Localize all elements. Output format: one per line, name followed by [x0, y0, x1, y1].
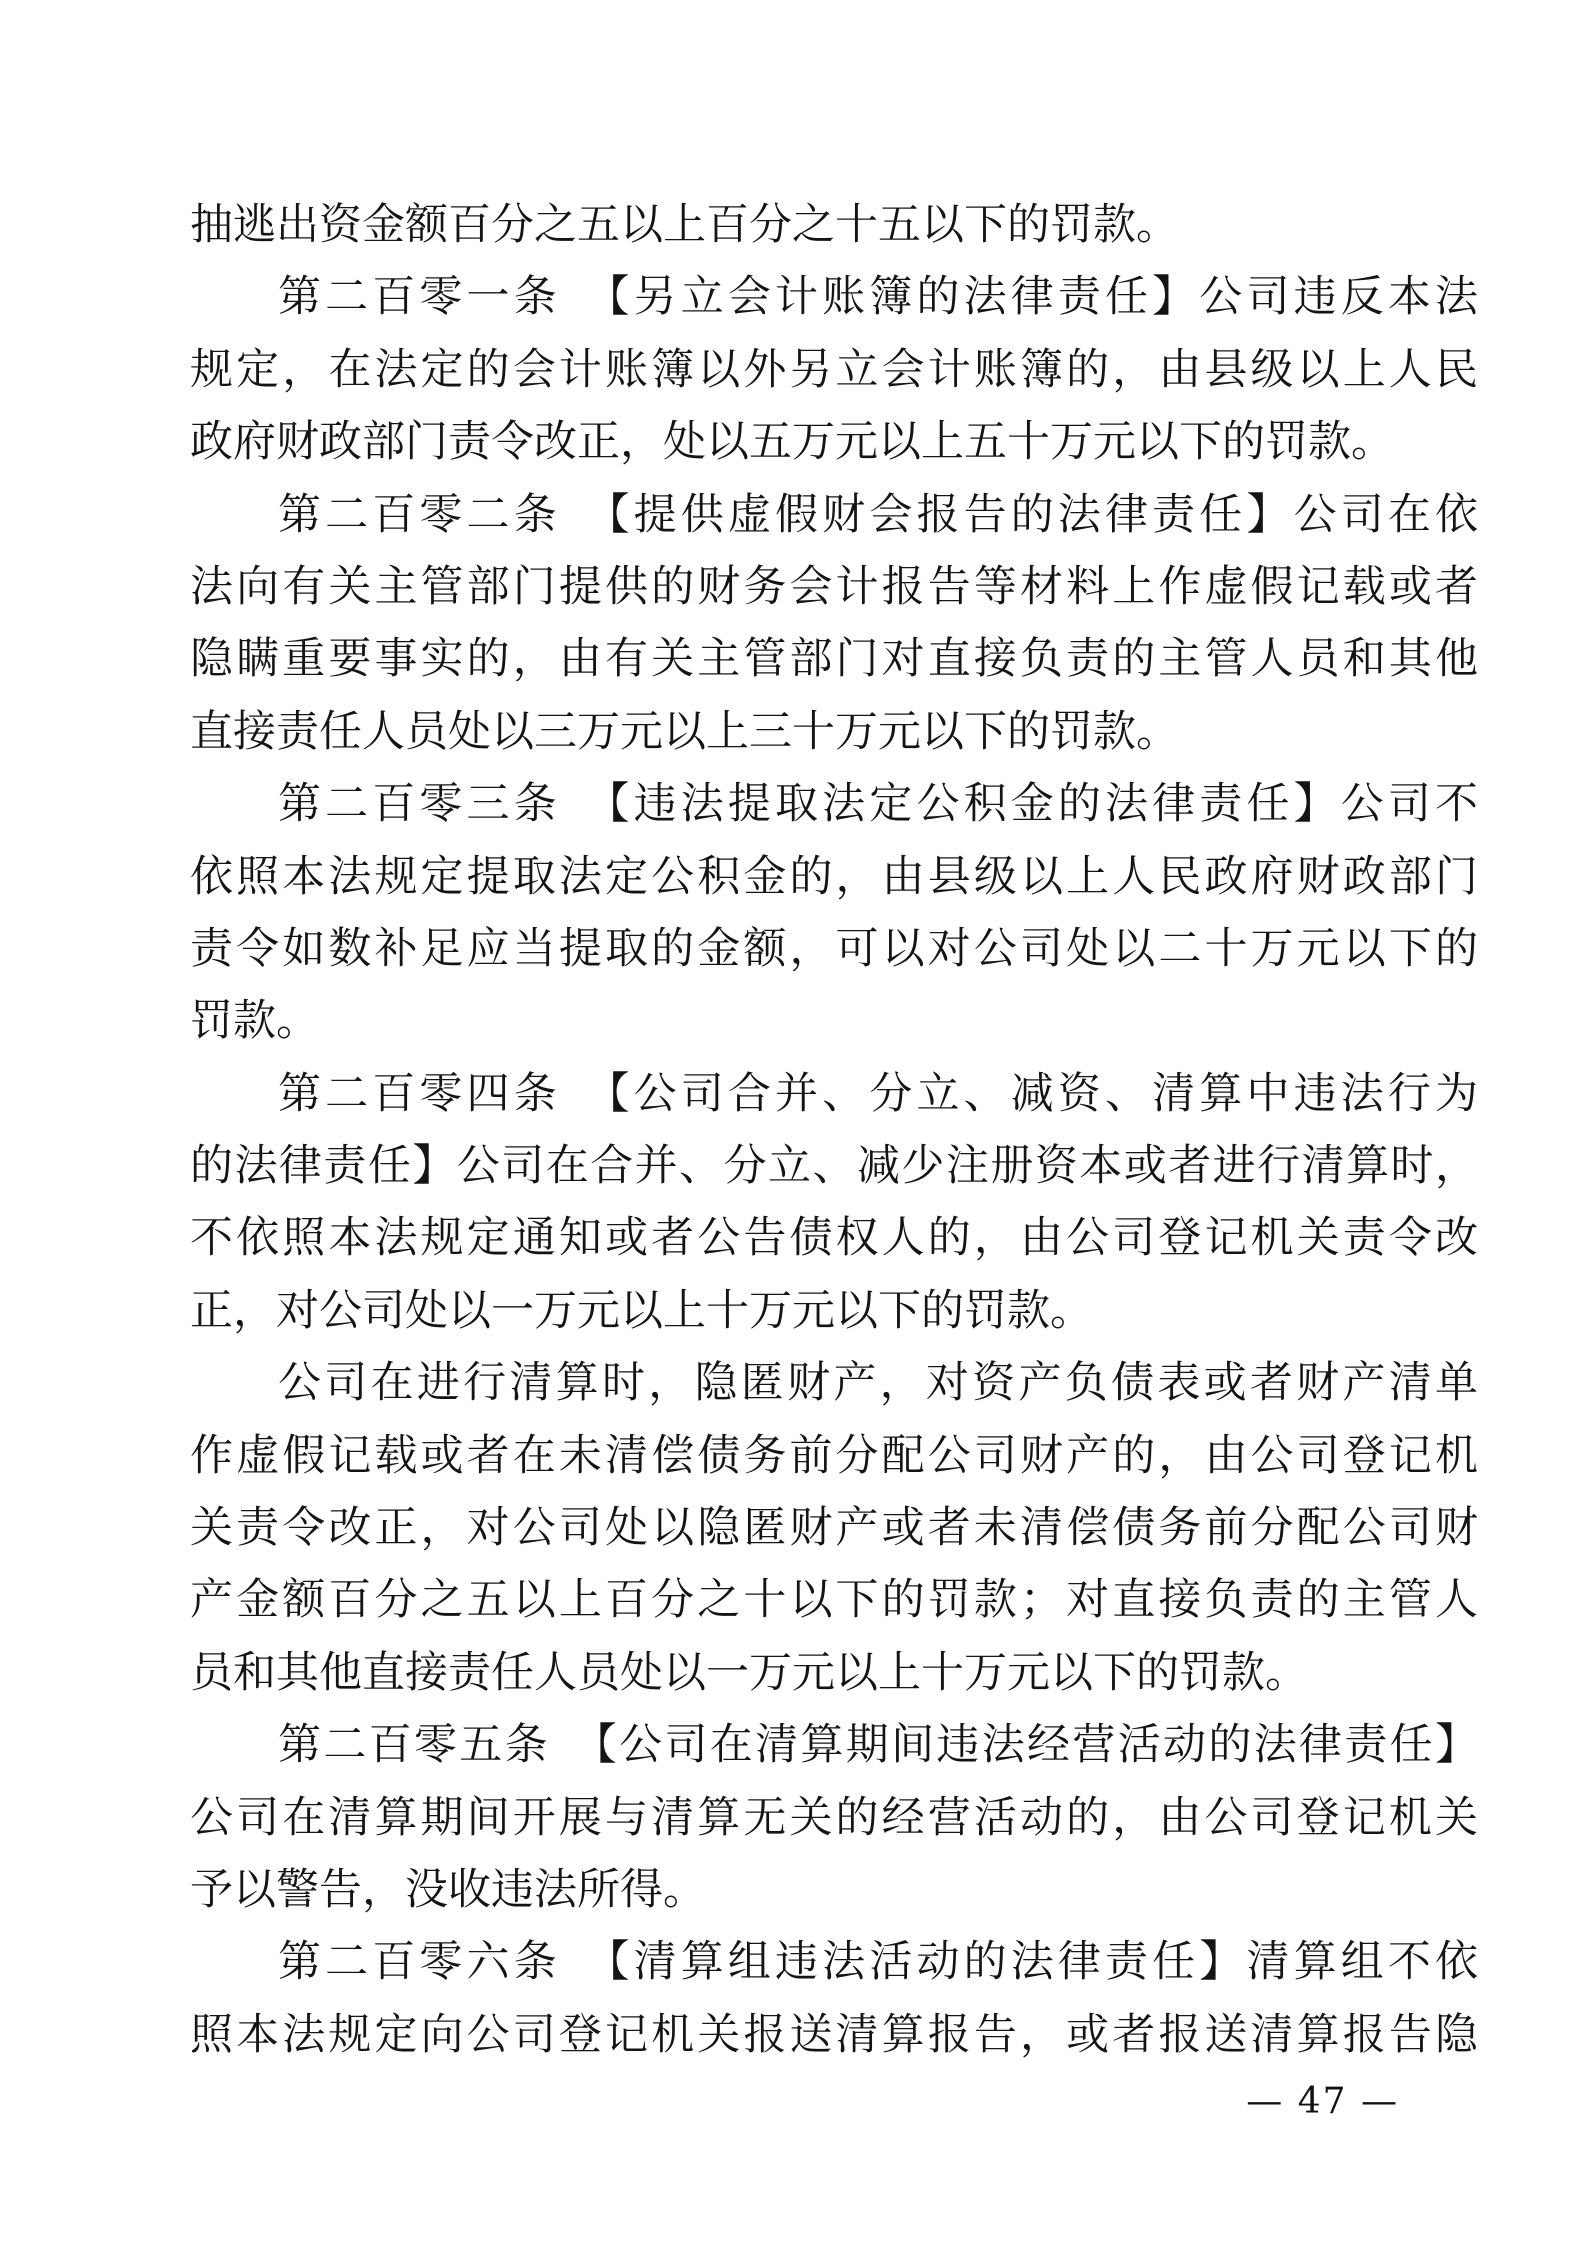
text-line-article-204-start: 第二百零四条 【公司合并、分立、减资、清算中违法行为: [190, 1058, 1478, 1130]
text-line: 不依照本法规定通知或者公告债权人的，由公司登记机关责令改: [190, 1202, 1478, 1274]
page: 抽逃出资金额百分之五以上百分之十五以下的罚款。 第二百零一条 【另立会计账簿的法…: [0, 0, 1587, 2245]
text-line: 员和其他直接责任人员处以一万元以上十万元以下的罚款。: [190, 1637, 1478, 1709]
text-line-paragraph-start: 公司在进行清算时，隐匿财产，对资产负债表或者财产清单: [190, 1347, 1478, 1419]
text-line: 直接责任人员处以三万元以上三十万元以下的罚款。: [190, 696, 1478, 768]
text-line: 罚款。: [190, 985, 1478, 1057]
text-line-article-205-start: 第二百零五条 【公司在清算期间违法经营活动的法律责任】: [190, 1709, 1478, 1781]
text-line: 依照本法规定提取法定公积金的，由县级以上人民政府财政部门: [190, 841, 1478, 913]
page-body-text: 抽逃出资金额百分之五以上百分之十五以下的罚款。 第二百零一条 【另立会计账簿的法…: [190, 189, 1478, 2071]
text-line: 规定，在法定的会计账簿以外另立会计账簿的，由县级以上人民: [190, 334, 1478, 406]
text-line: 公司在清算期间开展与清算无关的经营活动的，由公司登记机关: [190, 1782, 1478, 1854]
text-line: 的法律责任】公司在合并、分立、减少注册资本或者进行清算时，: [190, 1130, 1478, 1202]
text-line: 隐瞒重要事实的，由有关主管部门对直接负责的主管人员和其他: [190, 623, 1478, 695]
text-line: 予以警告，没收违法所得。: [190, 1854, 1478, 1926]
text-line: 照本法规定向公司登记机关报送清算报告，或者报送清算报告隐: [190, 1999, 1478, 2071]
page-number: — 47 —: [1246, 2082, 1399, 2122]
text-line-article-206-start: 第二百零六条 【清算组违法活动的法律责任】清算组不依: [190, 1926, 1478, 1998]
text-line-article-203-start: 第二百零三条 【违法提取法定公积金的法律责任】公司不: [190, 768, 1478, 840]
text-line: 作虚假记载或者在未清偿债务前分配公司财产的，由公司登记机: [190, 1420, 1478, 1492]
text-line-article-202-start: 第二百零二条 【提供虚假财会报告的法律责任】公司在依: [190, 479, 1478, 551]
text-line-article-201-start: 第二百零一条 【另立会计账簿的法律责任】公司违反本法: [190, 261, 1478, 333]
text-line: 抽逃出资金额百分之五以上百分之十五以下的罚款。: [190, 189, 1478, 261]
text-line: 产金额百分之五以上百分之十以下的罚款；对直接负责的主管人: [190, 1564, 1478, 1636]
text-line: 责令如数补足应当提取的金额，可以对公司处以二十万元以下的: [190, 913, 1478, 985]
text-line: 正，对公司处以一万元以上十万元以下的罚款。: [190, 1275, 1478, 1347]
text-line: 关责令改正，对公司处以隐匿财产或者未清偿债务前分配公司财: [190, 1492, 1478, 1564]
text-line: 政府财政部门责令改正，处以五万元以上五十万元以下的罚款。: [190, 406, 1478, 478]
text-line: 法向有关主管部门提供的财务会计报告等材料上作虚假记载或者: [190, 551, 1478, 623]
